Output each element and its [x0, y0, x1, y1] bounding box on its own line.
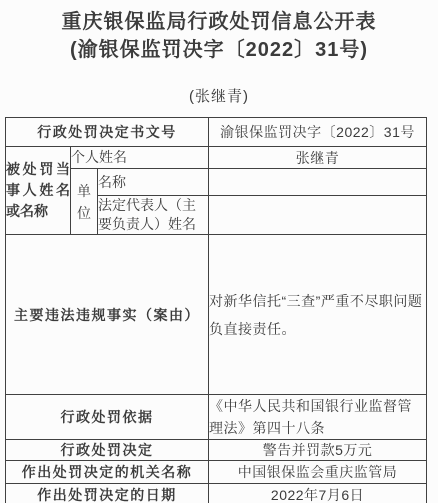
legal-rep-value: [209, 196, 427, 235]
row-facts: 主要违法违规事实（案由） 对新华信托“三查”严重不尽职问题负直接责任。: [6, 235, 427, 395]
authority-value: 中国银保监会重庆监管局: [209, 461, 427, 484]
title-line-2: (渝银保监罚决字〔2022〕31号): [0, 36, 438, 64]
title-line-1: 重庆银保监局行政处罚信息公开表: [0, 8, 438, 36]
penalty-table: 行政处罚决定书文号 渝银保监罚决字〔2022〕31号 被处罚当事人姓名或名称 个…: [5, 117, 427, 503]
unit-name-label: 名称: [98, 169, 209, 196]
authority-label: 作出处罚决定的机关名称: [6, 461, 209, 484]
facts-value: 对新华信托“三查”严重不尽职问题负直接责任。: [209, 235, 427, 395]
row-authority: 作出处罚决定的机关名称 中国银保监会重庆监管局: [6, 461, 427, 484]
doc-number-label: 行政处罚决定书文号: [6, 118, 209, 147]
decision-value: 警告并罚款5万元: [209, 440, 427, 461]
basis-value: 《中华人民共和国银行业监督管理法》第四十八条: [209, 395, 427, 440]
basis-label: 行政处罚依据: [6, 395, 209, 440]
doc-number-value: 渝银保监罚决字〔2022〕31号: [209, 118, 427, 147]
personal-name-label: 个人姓名: [71, 147, 209, 169]
party-label: 被处罚当事人姓名或名称: [6, 147, 71, 235]
unit-name-value: [209, 169, 427, 196]
subject-name: (张继青): [0, 85, 438, 106]
row-decision: 行政处罚决定 警告并罚款5万元: [6, 440, 427, 461]
date-value: 2022年7月6日: [209, 484, 427, 503]
penalty-disclosure-page: 重庆银保监局行政处罚信息公开表 (渝银保监罚决字〔2022〕31号) (张继青)…: [0, 0, 438, 503]
legal-rep-label: 法定代表人（主要负责人）姓名: [98, 196, 209, 235]
date-label: 作出处罚决定的日期: [6, 484, 209, 503]
facts-label: 主要违法违规事实（案由）: [6, 235, 209, 395]
row-date: 作出处罚决定的日期 2022年7月6日: [6, 484, 427, 503]
row-personal-name: 被处罚当事人姓名或名称 个人姓名 张继青: [6, 147, 427, 169]
unit-label: 单位: [71, 169, 98, 235]
row-basis: 行政处罚依据 《中华人民共和国银行业监督管理法》第四十八条: [6, 395, 427, 440]
page-title: 重庆银保监局行政处罚信息公开表 (渝银保监罚决字〔2022〕31号): [0, 0, 438, 64]
decision-label: 行政处罚决定: [6, 440, 209, 461]
row-doc-number: 行政处罚决定书文号 渝银保监罚决字〔2022〕31号: [6, 118, 427, 147]
personal-name-value: 张继青: [209, 147, 427, 169]
